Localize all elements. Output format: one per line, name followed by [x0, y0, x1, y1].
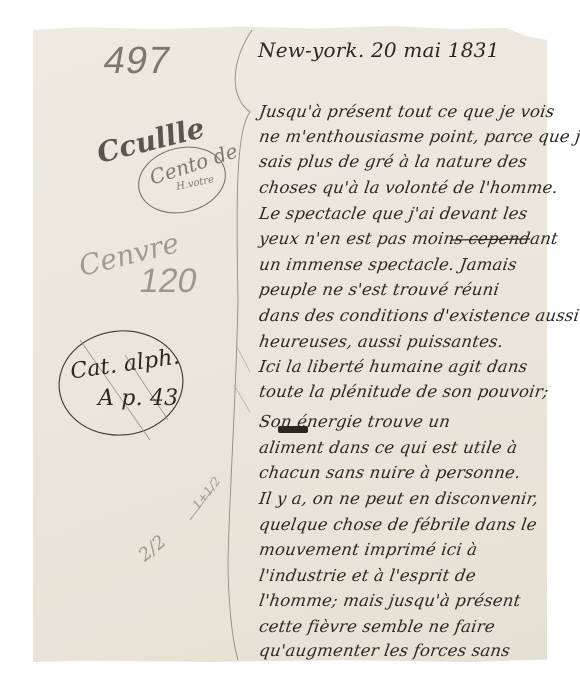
- body-line: sais plus de gré à la nature des: [258, 152, 528, 171]
- body-line: qu'augmenter les forces sans: [258, 641, 511, 660]
- body-line: un immense spectacle. Jamais: [258, 255, 518, 274]
- body-line: choses qu'à la volonté de l'homme.: [258, 178, 559, 197]
- body-line: toute la plénitude de son pouvoir;: [258, 382, 550, 401]
- body-line: Ici la liberté humaine agit dans: [258, 357, 529, 376]
- body-line: mouvement imprimé ici à: [258, 540, 479, 559]
- folio-number: 497: [100, 40, 174, 83]
- catalogue-line-2: A p. 43: [98, 386, 178, 411]
- body-line: Il y a, on ne peut en disconvenir,: [258, 489, 540, 508]
- body-line: peuple ne s'est trouvé réuni: [258, 280, 500, 299]
- body-line: yeux n'en est pas moins cependant: [258, 229, 559, 248]
- body-line: cette fièvre semble ne faire: [258, 617, 496, 636]
- body-line: heureuses, aussi puissantes.: [258, 332, 505, 351]
- body-line: l'industrie et à l'esprit de: [258, 566, 477, 585]
- body-line: Le spectacle que j'ai devant les: [258, 204, 529, 223]
- body-line: dans des conditions d'existence aussi: [258, 306, 580, 325]
- letter-heading: New-york. 20 mai 1831: [258, 38, 500, 62]
- body-line: Son énergie trouve un: [258, 412, 452, 431]
- body-line: l'homme; mais jusqu'à présent: [258, 591, 522, 610]
- body-line: quelque chose de fébrile dans le: [258, 515, 538, 534]
- body-line: chacun sans nuire à personne.: [258, 463, 522, 482]
- cenvre-number: 120: [137, 262, 201, 301]
- document-viewer: 497 Ccullle Cento de H.votre Cenvre 120 …: [0, 0, 580, 690]
- body-line: ne m'enthousiasme point, parce que j'en: [258, 127, 580, 146]
- body-line: aliment dans ce qui est utile à: [258, 438, 519, 457]
- body-line: Jusqu'à présent tout ce que je vois: [258, 102, 556, 121]
